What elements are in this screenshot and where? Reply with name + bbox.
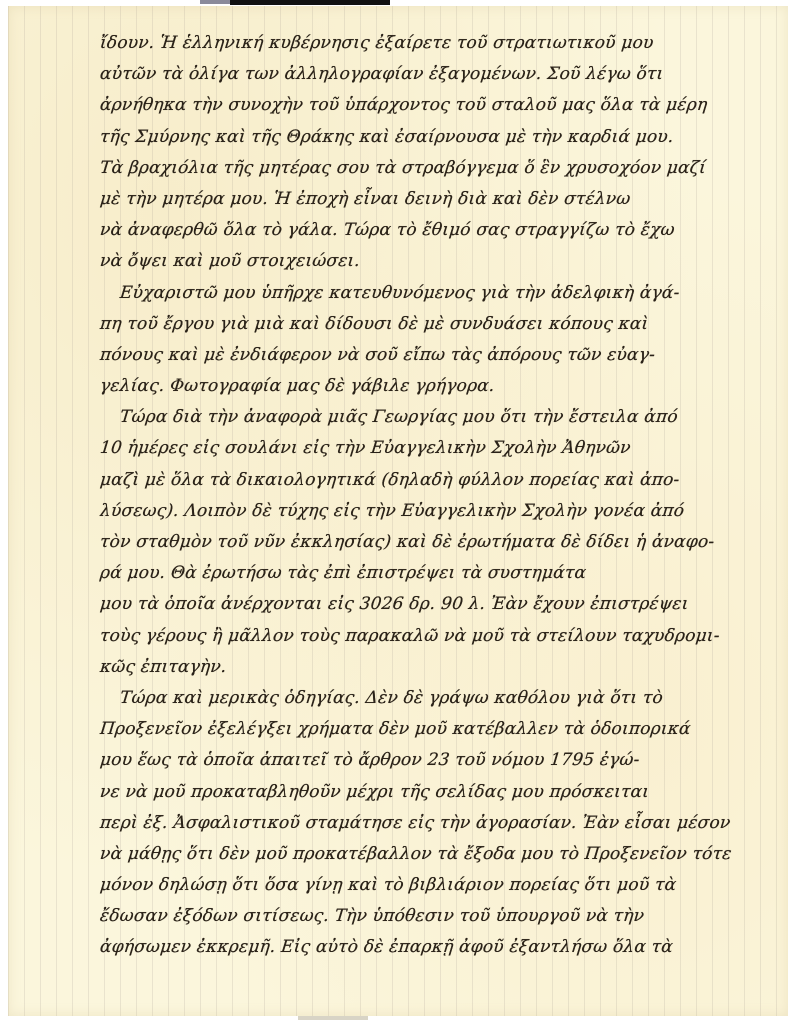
handwritten-line: ρά μου. Θὰ ἐρωτήσω τὰς ἐπὶ ἐπιστρέψει τὰ… <box>98 558 771 589</box>
handwritten-line: ἀφήσωμεν ἐκκρεμῆ. Εἰς αὐτὸ δὲ ἐπαρκῇ ἀφο… <box>98 932 771 963</box>
handwritten-line: ἔδωσαν ἐξόδων σιτίσεως. Τὴν ὑπόθεσιν τοῦ… <box>98 901 771 932</box>
handwritten-line: νε νὰ μοῦ προκαταβληθοῦν μέχρι τῆς σελίδ… <box>98 777 771 808</box>
handwritten-line: μὲ τὴν μητέρα μου. Ἡ ἐποχὴ εἶναι δεινὴ δ… <box>98 184 771 215</box>
handwritten-line: ἀρνήθηκα τὴν συνοχὴν τοῦ ὑπάρχοντος τοῦ … <box>98 90 771 121</box>
handwritten-line: ἴδουν. Ἡ ἑλληνική κυβέρνησις ἐξαίρετε το… <box>98 28 771 59</box>
handwritten-line: νὰ ὄψει καὶ μοῦ στοιχειώσει. <box>98 246 771 277</box>
handwritten-line: νὰ ἀναφερθῶ ὅλα τὸ γάλα. Τώρα τὸ ἔθιμό σ… <box>98 215 771 246</box>
letter-page: ἴδουν. Ἡ ἑλληνική κυβέρνησις ἐξαίρετε το… <box>8 6 788 1016</box>
handwritten-line: Τὰ βραχιόλια τῆς μητέρας σου τὰ στραβόγγ… <box>98 153 771 184</box>
handwritten-line: κῶς ἐπιταγὴν. <box>98 652 771 683</box>
handwritten-line: περὶ ἐξ. Ἀσφαλιστικοῦ σταμάτησε εἰς τὴν … <box>98 808 771 839</box>
handwritten-line: τὸν σταθμὸν τοῦ νῦν ἐκκλησίας) καὶ δὲ ἐρ… <box>98 527 771 558</box>
handwritten-line: γελίας. Φωτογραφία μας δὲ γάβιλε γρήγορα… <box>98 371 771 402</box>
handwritten-line: μου τὰ ὁποῖα ἀνέρχονται εἰς 3026 δρ. 90 … <box>98 589 771 620</box>
handwritten-line: τοὺς γέρους ἢ μᾶλλον τοὺς παρακαλῶ νὰ μο… <box>98 621 771 652</box>
handwritten-line: μου ἕως τὰ ὁποῖα ἀπαιτεῖ τὸ ἄρθρον 23 το… <box>98 745 771 776</box>
handwritten-line: πόνους καὶ μὲ ἐνδιάφερον νὰ σοῦ εἴπω τὰς… <box>98 340 771 371</box>
handwritten-line: Εὐχαριστῶ μου ὑπῆρχε κατευθυνόμενος γιὰ … <box>98 278 771 309</box>
handwritten-line: μαζὶ μὲ ὅλα τὰ δικαιολογητικά (δηλαδὴ φύ… <box>98 465 771 496</box>
handwritten-line: Τώρα διὰ τὴν ἀναφορὰ μιᾶς Γεωργίας μου ὅ… <box>98 402 771 433</box>
handwritten-line: Προξενεῖον ἐξελέγξει χρήματα δὲν μοῦ κατ… <box>98 714 771 745</box>
handwritten-line: τῆς Σμύρνης καὶ τῆς Θράκης καὶ ἐσαίρνουσ… <box>98 122 771 153</box>
handwritten-line: μόνον δηλώσῃ ὅτι ὅσα γίνῃ καὶ τὸ βιβλιάρ… <box>98 870 771 901</box>
handwritten-line: λύσεως). Λοιπὸν δὲ τύχης εἰς τὴν Εὐαγγελ… <box>98 496 771 527</box>
handwritten-line: αὐτῶν τὰ ὀλίγα των ἀλληλογραφίαν ἐξαγομέ… <box>98 59 771 90</box>
handwritten-line: Τώρα καὶ μερικὰς ὁδηγίας. Δὲν δὲ γράψω κ… <box>98 683 771 714</box>
handwritten-line: πη τοῦ ἔργου γιὰ μιὰ καὶ δίδουσι δὲ μὲ σ… <box>98 309 771 340</box>
handwritten-text-body: ἴδουν. Ἡ ἑλληνική κυβέρνησις ἐξαίρετε το… <box>100 28 770 964</box>
scan-tab-mark <box>298 1016 368 1020</box>
scan-tape-mark <box>230 0 390 5</box>
handwritten-line: νὰ μάθῃς ὅτι δὲν μοῦ προκατέβαλλον τὰ ἔξ… <box>98 839 771 870</box>
handwritten-line: 10 ἡμέρες εἰς σουλάνι εἰς τὴν Εὐαγγελικὴ… <box>98 433 771 464</box>
scan-bottom-edge <box>0 1016 800 1024</box>
